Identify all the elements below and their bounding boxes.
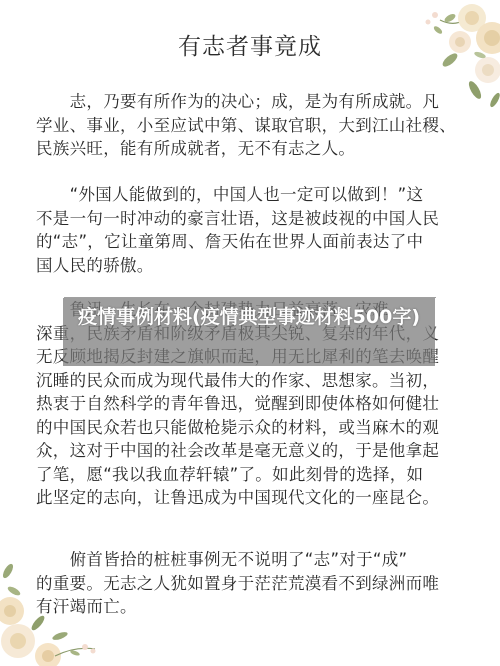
- text-line: 俯首皆拾的桩桩事例无不说明了“志”对于“成”: [36, 548, 468, 572]
- text-line: 此坚定的志向，让鲁迅成为中国现代文化的一座昆仑。: [36, 486, 468, 510]
- text-line: “外国人能做到的，中国人也一定可以做到！”这: [36, 183, 468, 207]
- document-title: 有志者事竟成: [0, 28, 500, 61]
- text-line: 志，乃要有所作为的决心；成，是为有所成就。凡: [36, 90, 468, 114]
- text-line: 的“志”，它让童第周、詹天佑在世界人面前表达了中: [36, 230, 468, 254]
- text-line: 学业、事业，小至应试中第、谋取官职，大到江山社稷、: [36, 114, 468, 138]
- text-line: 的中国民众若也只能做枪毙示众的材料，或当麻木的观: [36, 416, 468, 440]
- paragraph-2: “外国人能做到的，中国人也一定可以做到！”这 不是一句一时冲动的豪言壮语，这是被…: [36, 183, 468, 277]
- caption-overlay-text: 疫情事例材料(疫情典型事迹材料500字): [63, 305, 435, 329]
- paragraph-4: 俯首皆拾的桩桩事例无不说明了“志”对于“成” 的重要。无志之人犹如置身于茫茫荒漠…: [36, 548, 468, 619]
- text-line: 众，这对于中国的社会改革是毫无意义的，于是他拿起: [36, 439, 468, 463]
- text-line: 的重要。无志之人犹如置身于茫茫荒漠看不到绿洲而唯: [36, 572, 468, 596]
- text-line: 民族兴旺，能有所成就者，无不有志之人。: [36, 137, 468, 161]
- text-line: 了笔，愿“我以我血荐轩辕”了。如此刻骨的选择，如: [36, 463, 468, 487]
- text-line: 热衷于自然科学的青年鲁迅，觉醒到即使体格如何健壮: [36, 392, 468, 416]
- text-line: 不是一句一时冲动的豪言壮语，这是被歧视的中国人民: [36, 207, 468, 231]
- text-line: 有汗竭而亡。: [36, 595, 468, 619]
- text-line: 国人民的骄傲。: [36, 254, 468, 278]
- paragraph-1: 志，乃要有所作为的决心；成，是为有所成就。凡 学业、事业，小至应试中第、谋取官职…: [36, 90, 468, 161]
- text-line: 沉睡的民众而成为现代最伟大的作家、思想家。当初，: [36, 369, 468, 393]
- document-page: 有志者事竟成 志，乃要有所作为的决心；成，是为有所成就。凡 学业、事业，小至应试…: [0, 0, 500, 666]
